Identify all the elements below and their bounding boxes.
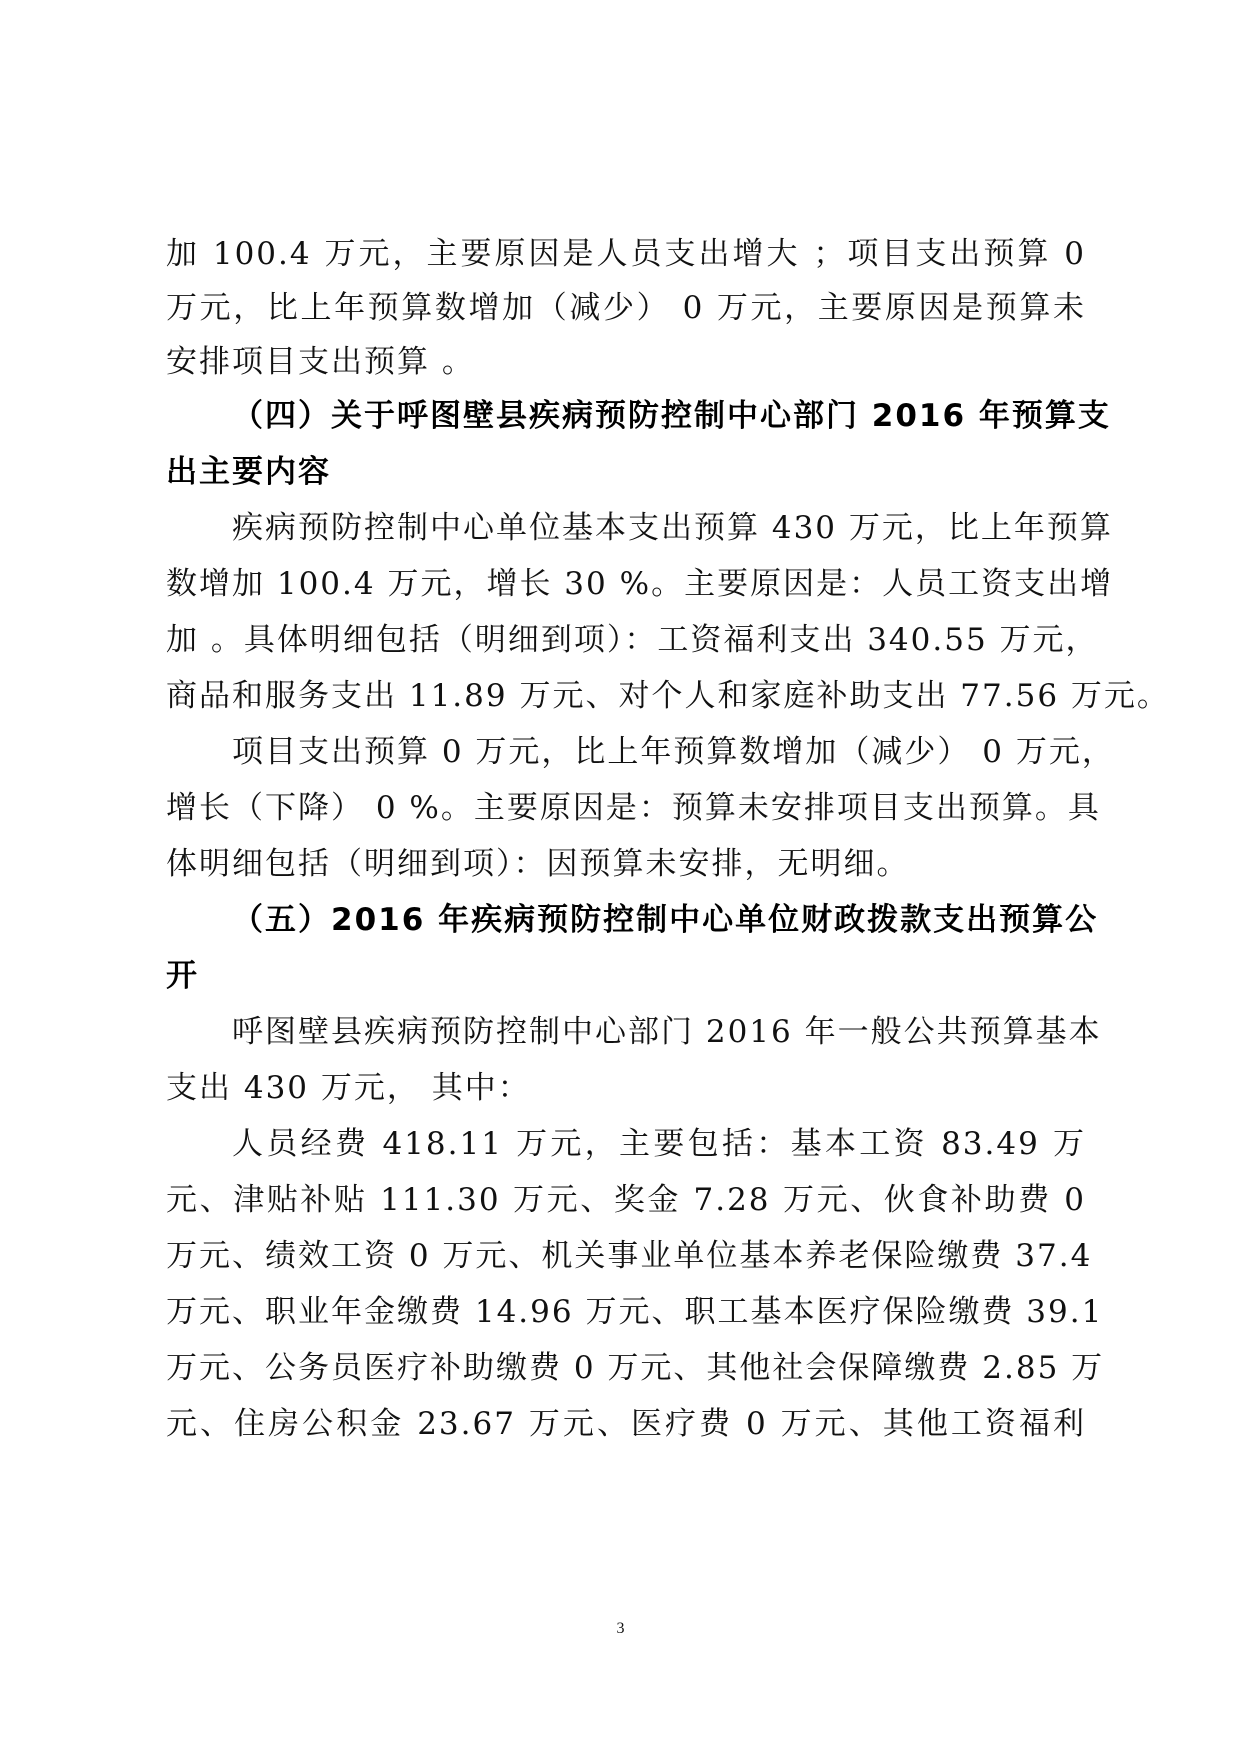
paragraph-line: 增长（下降） 0 %。主要原因是：预算未安排项目支出预算。具 — [166, 782, 1086, 827]
paragraph-line: 商品和服务支出 11.89 万元、对个人和家庭补助支出 77.56 万元。 — [166, 670, 1086, 715]
paragraph-line: 元、津贴补贴 111.30 万元、奖金 7.28 万元、伙食补助费 0 — [166, 1174, 1086, 1219]
paragraph-line: 数增加 100.4 万元，增长 30 %。主要原因是：人员工资支出增 — [166, 558, 1086, 603]
paragraph-line: 元、住房公积金 23.67 万元、医疗费 0 万元、其他工资福利 — [166, 1398, 1086, 1443]
section-heading-line: 出主要内容 — [166, 446, 1086, 491]
paragraph-line: 加 。具体明细包括（明细到项）：工资福利支出 340.55 万元， — [166, 614, 1086, 659]
page-number: 3 — [0, 1620, 1241, 1638]
document-page: 加 100.4 万元，主要原因是人员支出增大 ；项目支出预算 0万元，比上年预算… — [0, 0, 1241, 1754]
paragraph-line: 万元、绩效工资 0 万元、机关事业单位基本养老保险缴费 37.4 — [166, 1230, 1086, 1275]
paragraph-line: 万元、公务员医疗补助缴费 0 万元、其他社会保障缴费 2.85 万 — [166, 1342, 1086, 1387]
paragraph-line: 加 100.4 万元，主要原因是人员支出增大 ；项目支出预算 0 — [166, 228, 1086, 273]
paragraph-line: 支出 430 万元， 其中： — [166, 1062, 1086, 1107]
section-heading-line: （四）关于呼图壁县疾病预防控制中心部门 2016 年预算支 — [232, 390, 1086, 435]
paragraph-line: 项目支出预算 0 万元，比上年预算数增加（减少） 0 万元， — [232, 726, 1086, 771]
paragraph-line: 万元，比上年预算数增加（减少） 0 万元，主要原因是预算未 — [166, 282, 1086, 327]
paragraph-line: 万元、职业年金缴费 14.96 万元、职工基本医疗保险缴费 39.1 — [166, 1286, 1086, 1331]
paragraph-line: 人员经费 418.11 万元，主要包括：基本工资 83.49 万 — [232, 1118, 1086, 1163]
paragraph-line: 呼图壁县疾病预防控制中心部门 2016 年一般公共预算基本 — [232, 1006, 1086, 1051]
paragraph-line: 安排项目支出预算 。 — [166, 336, 1086, 381]
section-heading-line: （五）2016 年疾病预防控制中心单位财政拨款支出预算公 — [232, 894, 1086, 939]
section-heading-line: 开 — [166, 950, 1086, 995]
paragraph-line: 体明细包括（明细到项）：因预算未安排，无明细。 — [166, 838, 1086, 883]
paragraph-line: 疾病预防控制中心单位基本支出预算 430 万元，比上年预算 — [232, 502, 1086, 547]
